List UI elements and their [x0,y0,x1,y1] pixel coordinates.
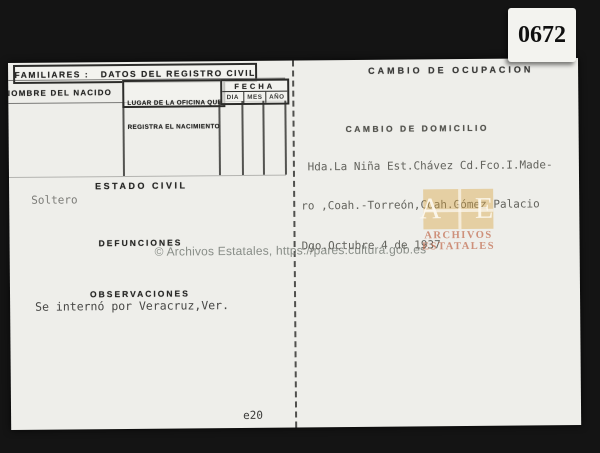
fecha-subheaders: DIA MES AÑO [222,92,287,104]
domicilio-line: Hda.La Niña Est.Chávez Cd.Fco.I.Made- [301,158,553,173]
column-lugar-oficina: LUGAR DE LA OFICINA QUE REGISTRA EL NACI… [122,79,225,108]
archivos-estatales-logo: A E [423,189,493,230]
microfilm-viewer-frame: FAMILIARES : DATOS DEL REGISTRO CIVIL NO… [0,0,600,453]
lugar-line1: LUGAR DE LA OFICINA QUE [127,99,223,108]
table-rule [241,101,243,175]
logo-text-line2: ESTATALES [416,241,502,253]
table-rule [284,101,286,175]
fecha-header: FECHA [222,81,287,93]
lugar-line2: REGISTRA EL NACIMIENTO [128,123,224,132]
archivos-estatales-logo-text: ARCHIVOS ESTATALES [415,230,501,253]
column-nombre-del-nacido: NOMBRE DEL NACIDO [8,88,112,98]
cambio-ocupacion-label: CAMBIO DE OCUPACION [368,64,533,75]
logo-text-line1: ARCHIVOS [415,230,501,242]
frame-counter-label: 0672 [508,8,576,62]
observaciones-value: Se internó por Veracruz,Ver. [35,298,229,314]
estado-civil-label: ESTADO CIVIL [95,180,187,191]
registry-card: FAMILIARES : DATOS DEL REGISTRO CIVIL NO… [8,58,581,430]
table-rule [262,101,264,175]
logo-ae-initials: A E [409,192,507,227]
estado-civil-value: Soltero [31,193,77,206]
table-line-bottom [9,175,286,178]
table-rule [122,102,124,176]
column-fecha: FECHA DIA MES AÑO [220,79,289,106]
card-page-number: e20 [243,409,263,422]
